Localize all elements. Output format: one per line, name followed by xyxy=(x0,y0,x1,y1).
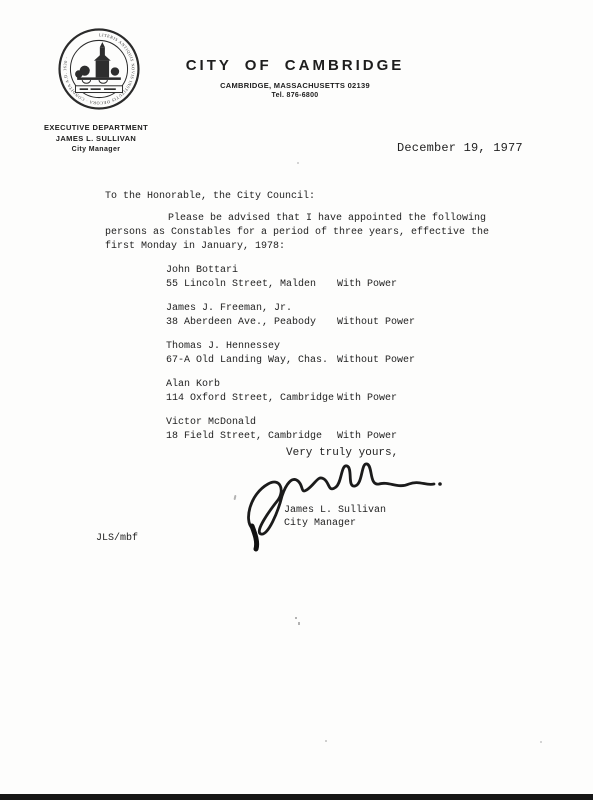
appointee-address: 55 Lincoln Street, Malden xyxy=(166,278,337,292)
ink-speck xyxy=(325,740,327,742)
appointee-address: 67-A Old Landing Way, Chas. xyxy=(166,354,337,368)
appointee-name: Victor McDonald xyxy=(166,416,415,430)
appointee-name: John Bottari xyxy=(166,264,415,278)
city-of-cambridge-seal-icon: LITERIS ANTIQUIS NOVIS INSTITUTIS DECORA… xyxy=(57,27,141,111)
power-status: With Power xyxy=(337,430,397,444)
salutation: To the Honorable, the City Council: xyxy=(105,190,315,204)
seal-illustration xyxy=(75,42,122,92)
ink-mark xyxy=(252,526,257,549)
appointee-address: 114 Oxford Street, Cambridge xyxy=(166,392,337,406)
ink-speck xyxy=(297,162,299,164)
scanned-letter-page: LITERIS ANTIQUIS NOVIS INSTITUTIS DECORA… xyxy=(0,0,593,800)
department-block: EXECUTIVE DEPARTMENT JAMES L. SULLIVAN C… xyxy=(30,122,162,155)
scan-bottom-edge xyxy=(0,794,593,800)
power-status: Without Power xyxy=(337,316,415,330)
appointments-list: John Bottari 55 Lincoln Street, Malden W… xyxy=(166,264,415,454)
letterhead: CITY OF CAMBRIDGE CAMBRIDGE, MASSACHUSET… xyxy=(180,57,410,99)
reference-initials: JLS/mbf xyxy=(96,533,138,544)
body-paragraph: Please be advised that I have appointed … xyxy=(105,212,489,254)
paragraph-line: first Monday in January, 1978: xyxy=(105,240,489,254)
signed-title: City Manager xyxy=(284,518,386,531)
official-title: City Manager xyxy=(30,144,162,155)
appointment-entry: John Bottari 55 Lincoln Street, Malden W… xyxy=(166,264,415,292)
signed-name: James L. Sullivan xyxy=(284,505,386,518)
paragraph-line: persons as Constables for a period of th… xyxy=(105,226,489,240)
appointee-name: Thomas J. Hennessey xyxy=(166,340,415,354)
ink-speck xyxy=(298,622,300,625)
power-status: With Power xyxy=(337,392,397,406)
paragraph-line: Please be advised that I have appointed … xyxy=(105,212,489,226)
appointee-address: 18 Field Street, Cambridge xyxy=(166,430,337,444)
department-name: EXECUTIVE DEPARTMENT xyxy=(30,122,162,133)
appointment-entry: Thomas J. Hennessey 67-A Old Landing Way… xyxy=(166,340,415,368)
official-name: JAMES L. SULLIVAN xyxy=(30,133,162,144)
letter-date: December 19, 1977 xyxy=(397,141,523,155)
ink-speck xyxy=(295,617,297,619)
appointment-entry: James J. Freeman, Jr. 38 Aberdeen Ave., … xyxy=(166,302,415,330)
appointment-entry: Victor McDonald 18 Field Street, Cambrid… xyxy=(166,416,415,444)
appointee-name: James J. Freeman, Jr. xyxy=(166,302,415,316)
signature-block: James L. Sullivan City Manager xyxy=(284,505,386,530)
letterhead-title: CITY OF CAMBRIDGE xyxy=(180,57,410,74)
letterhead-address: CAMBRIDGE, MASSACHUSETTS 02139 xyxy=(180,81,410,90)
appointee-address: 38 Aberdeen Ave., Peabody xyxy=(166,316,337,330)
ink-speck xyxy=(540,741,542,743)
power-status: Without Power xyxy=(337,354,415,368)
appointment-entry: Alan Korb 114 Oxford Street, Cambridge W… xyxy=(166,378,415,406)
power-status: With Power xyxy=(337,278,397,292)
appointee-name: Alan Korb xyxy=(166,378,415,392)
letterhead-phone: Tel. 876-6800 xyxy=(180,92,410,99)
